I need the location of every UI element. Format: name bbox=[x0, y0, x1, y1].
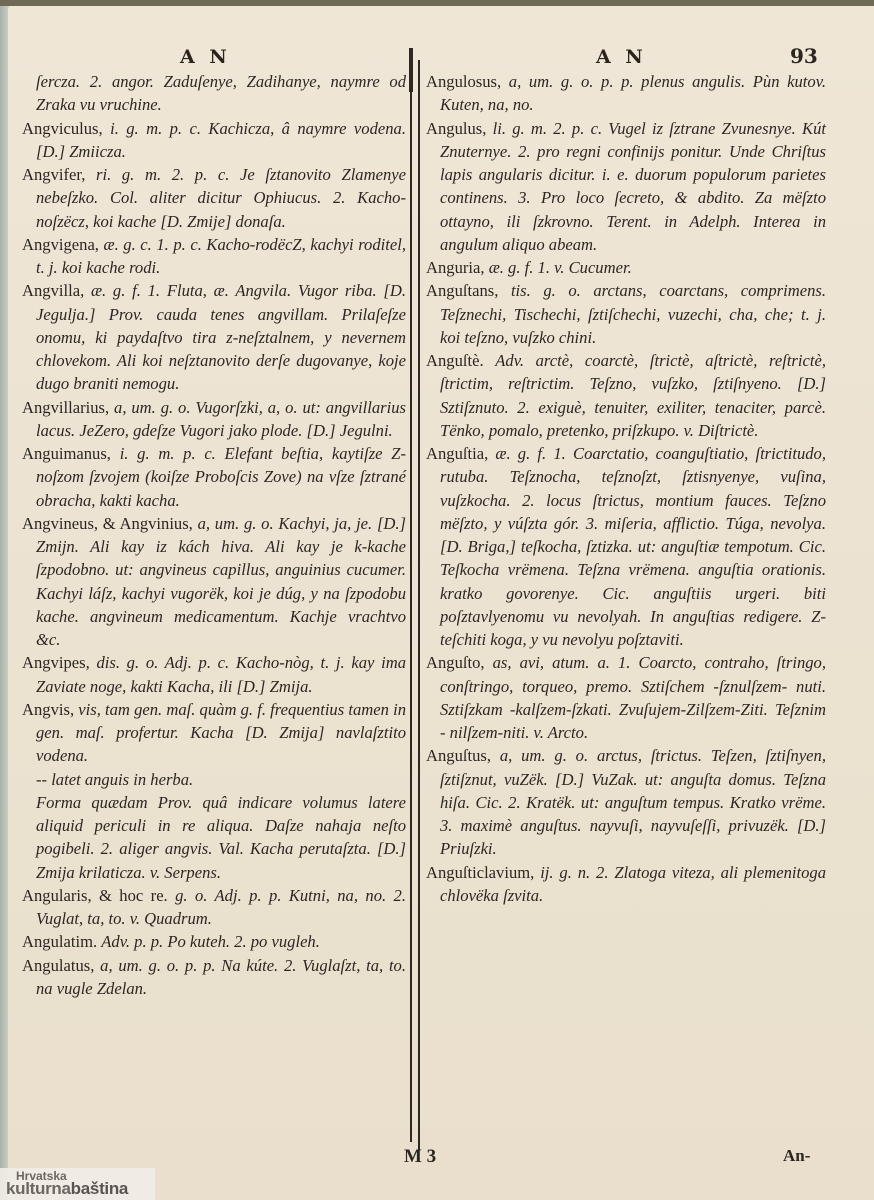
entry-headword: Anguſtè. bbox=[426, 351, 484, 370]
entry-definition: a, um. g. o. Kachyi, ja, je. [D.] Zmijn.… bbox=[36, 514, 406, 649]
running-header-right: A N bbox=[596, 46, 647, 68]
entry-headword: Angvis, bbox=[22, 700, 74, 719]
column-rule-right bbox=[418, 60, 420, 1150]
entry-definition: æ. g. f. 1. Fluta, æ. Angvila. Vugor rib… bbox=[36, 281, 406, 393]
dictionary-entry: Anguſto, as, avi, atum. a. 1. Coarcto, c… bbox=[426, 651, 826, 744]
dictionary-entry: Angvis, vis, tam gen. maſ. quàm g. f. fr… bbox=[22, 698, 406, 768]
dictionary-entry: Angvipes, dis. g. o. Adj. p. c. Kacho-nò… bbox=[22, 651, 406, 698]
entry-headword: Angvipes, bbox=[22, 653, 90, 672]
running-header-left: A N bbox=[180, 46, 231, 68]
entry-headword: Angvilla, bbox=[22, 281, 84, 300]
entry-definition: Adv. arctè, coarctè, ſtrictè, aſtrictè, … bbox=[440, 351, 826, 440]
entry-definition: æ. g. f. 1. Coarctatio, coanguſtiatio, ſ… bbox=[440, 444, 826, 649]
entry-definition: -- latet anguis in herba. bbox=[36, 770, 193, 789]
dictionary-entry: Anguria, æ. g. f. 1. v. Cucumer. bbox=[426, 256, 826, 279]
entry-headword: Angvifer, bbox=[22, 165, 85, 184]
dictionary-entry: Anguſtus, a, um. g. o. arctus, ſtrictus.… bbox=[426, 744, 826, 860]
dictionary-entry: Angvilla, æ. g. f. 1. Fluta, æ. Angvila.… bbox=[22, 279, 406, 395]
entry-definition: Forma quædam Prov. quâ indicare volumus … bbox=[36, 793, 406, 882]
dictionary-entry: Angviculus, i. g. m. p. c. Kachicza, â n… bbox=[22, 117, 406, 164]
entry-headword: Anguſtus, bbox=[426, 746, 491, 765]
entry-headword: Angularis, & hoc re. bbox=[22, 886, 168, 905]
dictionary-entry: Anguſticlavium, ij. g. n. 2. Zlatoga vit… bbox=[426, 861, 826, 908]
entry-headword: Angulatus, bbox=[22, 956, 94, 975]
entry-headword: Anguſtans, bbox=[426, 281, 498, 300]
column-rule-left bbox=[410, 52, 412, 1142]
entry-definition: æ. g. f. 1. v. Cucumer. bbox=[489, 258, 632, 277]
entry-continuation: ſercza. 2. angor. Zaduſenye, Zadihanye, … bbox=[22, 70, 406, 117]
entry-headword: Angulatim. bbox=[22, 932, 97, 951]
entry-definition: vis, tam gen. maſ. quàm g. f. frequentiu… bbox=[36, 700, 406, 766]
entry-headword: Anguſtia, bbox=[426, 444, 488, 463]
entry-headword: Angviculus, bbox=[22, 119, 103, 138]
dictionary-entry: Angulatus, a, um. g. o. p. p. Na kúte. 2… bbox=[22, 954, 406, 1001]
watermark-word-bastina: baština bbox=[71, 1179, 128, 1198]
entry-headword: Angulosus, bbox=[426, 72, 501, 91]
dictionary-entry: Anguſtè. Adv. arctè, coarctè, ſtrictè, a… bbox=[426, 349, 826, 442]
right-column: Angulosus, a, um. g. o. p. p. plenus ang… bbox=[426, 70, 826, 907]
entry-headword: Angulus, bbox=[426, 119, 486, 138]
watermark-line-2: kulturnabaština bbox=[6, 1180, 128, 1197]
entry-definition: a, um. g. o. arctus, ſtrictus. Teſzen, ſ… bbox=[440, 746, 826, 858]
entry-definition: Adv. p. p. Po kuteh. 2. po vugleh. bbox=[101, 932, 320, 951]
watermark-logo: Hrvatska kulturnabaština bbox=[0, 1168, 155, 1200]
dictionary-entry: Angularis, & hoc re. g. o. Adj. p. p. Ku… bbox=[22, 884, 406, 931]
dictionary-entry: Angulosus, a, um. g. o. p. p. plenus ang… bbox=[426, 70, 826, 117]
entry-headword: Anguſticlavium, bbox=[426, 863, 534, 882]
watermark-word-kulturna: kulturna bbox=[6, 1179, 71, 1198]
entry-continuation: Forma quædam Prov. quâ indicare volumus … bbox=[22, 791, 406, 884]
dictionary-entry: Angvineus, & Angvinius, a, um. g. o. Kac… bbox=[22, 512, 406, 652]
entry-definition: dis. g. o. Adj. p. c. Kacho-nòg, t. j. k… bbox=[36, 653, 406, 695]
signature-mark: M 3 bbox=[404, 1146, 436, 1168]
page-number: 93 bbox=[790, 44, 818, 68]
entry-definition: as, avi, atum. a. 1. Coarcto, contraho, … bbox=[440, 653, 826, 742]
entry-headword: Anguimanus, bbox=[22, 444, 111, 463]
dictionary-entry: Anguimanus, i. g. m. p. c. Elefant beſti… bbox=[22, 442, 406, 512]
dictionary-entry: Angvigena, æ. g. c. 1. p. c. Kacho-rodëc… bbox=[22, 233, 406, 280]
entry-headword: Anguſto, bbox=[426, 653, 485, 672]
scan-top-edge bbox=[0, 0, 874, 6]
entry-headword: Angvillarius, bbox=[22, 398, 109, 417]
dictionary-entry: Angvifer, ri. g. m. 2. p. c. Je ſztanovi… bbox=[22, 163, 406, 233]
dictionary-entry: Anguſtia, æ. g. f. 1. Coarctatio, coangu… bbox=[426, 442, 826, 651]
entry-definition: li. g. m. 2. p. c. Vugel iz ſztrane Zvun… bbox=[440, 119, 826, 254]
entry-headword: Angvigena, bbox=[22, 235, 99, 254]
catchword: An- bbox=[783, 1146, 810, 1166]
dictionary-entry: Anguſtans, tis. g. o. arctans, coarctans… bbox=[426, 279, 826, 349]
entry-continuation: -- latet anguis in herba. bbox=[22, 768, 406, 791]
entry-headword: Anguria, bbox=[426, 258, 485, 277]
left-column: ſercza. 2. angor. Zaduſenye, Zadihanye, … bbox=[22, 70, 406, 1000]
entry-definition: ſercza. 2. angor. Zaduſenye, Zadihanye, … bbox=[36, 72, 406, 114]
entry-headword: Angvineus, & Angvinius, bbox=[22, 514, 193, 533]
dictionary-entry: Angvillarius, a, um. g. o. Vugorſzki, a,… bbox=[22, 396, 406, 443]
dictionary-entry: Angulus, li. g. m. 2. p. c. Vugel iz ſzt… bbox=[426, 117, 826, 257]
entry-definition: ri. g. m. 2. p. c. Je ſztanovito Zlameny… bbox=[36, 165, 406, 231]
dictionary-entry: Angulatim. Adv. p. p. Po kuteh. 2. po vu… bbox=[22, 930, 406, 953]
entry-definition: tis. g. o. arctans, coarctans, comprimen… bbox=[440, 281, 826, 347]
